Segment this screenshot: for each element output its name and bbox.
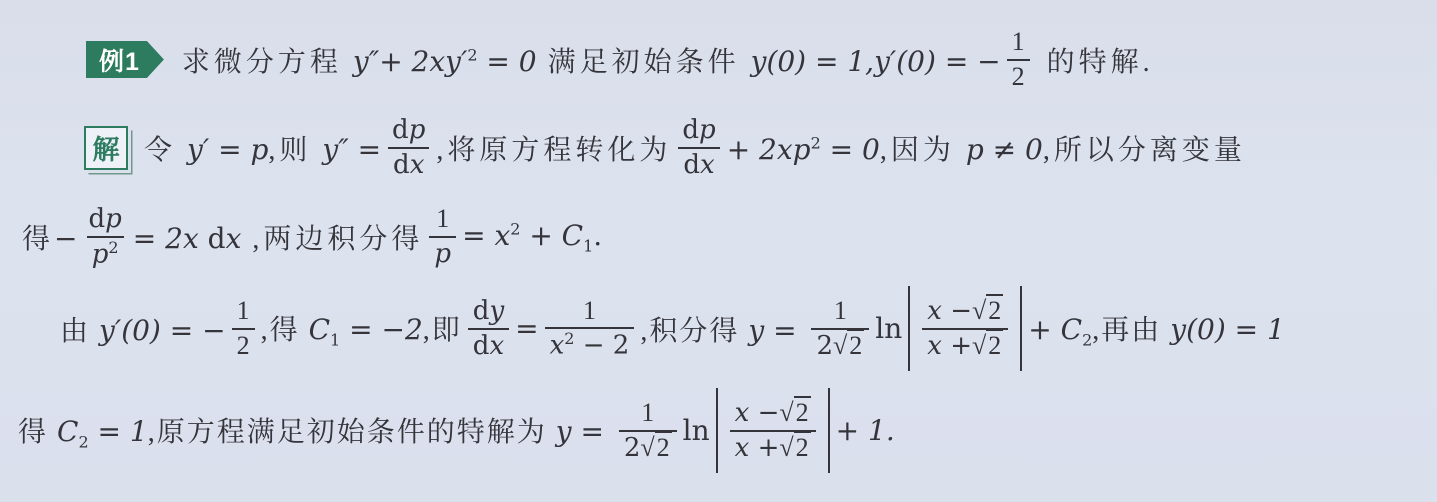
math-text: x [226,222,242,255]
superscript: 2 [108,238,118,257]
radicand: 2 [986,329,1003,360]
example-statement-line: 例1 求微分方程 y″+ 2xy′2 = 0 满足初始条件 y(0) = 1,y… [86,26,1154,93]
denominator: 2√2 [811,328,869,363]
math-text: x [735,398,750,428]
denominator: p2 [87,236,124,271]
radical-sign: √ [779,433,793,462]
text-run: 求微分方程 y″+ 2xy′2 = 0 满足初始条件 y(0) = 1,y′(0… [182,40,1001,80]
numerator: dp [677,114,720,147]
fraction: 12 [1007,26,1030,93]
cn-text: ,则 [268,135,322,166]
radicand: 2 [655,431,672,462]
text-run: ,将原方程转化为 [436,128,671,168]
fraction-1-2sqrt2: 12√2 [619,397,677,464]
text-run: 的特解. [1036,40,1154,80]
radicand: 2 [794,396,811,427]
math-text: p [699,115,716,145]
text-run: 令 y′ = p,则 y″ = [144,128,381,168]
text-run: ,积分得 y = [640,309,805,349]
superscript: 2 [467,45,477,64]
math-text: − 2 [574,331,629,361]
cn-text: 得 [18,417,57,448]
text-run: 由 y′(0) = − [60,309,226,349]
denominator: x +√2 [922,328,1008,363]
solution-badge: 解 [84,126,128,170]
fraction-dp-p2: dpp2 [83,203,126,271]
cn-text: 的特解. [1036,47,1154,78]
numerator: 1 [232,295,255,328]
sqrt-radical: √2 [972,329,1003,360]
numerator: dy [468,295,509,328]
math-text: p [409,115,426,145]
solution-line-4: 得 C2 = 1,原方程满足初始条件的特解为 y = 12√2 ln x −√2… [18,388,895,473]
subscript: 2 [1082,330,1092,349]
subscript: 1 [583,236,593,255]
math-text: d [473,331,490,361]
math-text: x [489,331,504,361]
sqrt-radical: √2 [972,294,1003,325]
denominator: 2√2 [619,430,677,465]
math-text: + 2xp [727,133,811,166]
fraction-1-2: 12 [232,295,255,362]
math-text: y″ = [322,133,381,166]
radicand: 2 [986,294,1003,325]
fraction-1-2sqrt2: 12√2 [811,295,869,362]
text-run: 得− [22,217,77,257]
text-run: 得 C2 = 1,原方程满足初始条件的特解为 y = [18,410,613,452]
text-run: ln [875,312,902,346]
math-text: C [57,415,78,448]
numerator: 1 [829,295,852,328]
math-text: = 0 [821,133,880,166]
numerator: x −√2 [922,295,1008,328]
radical-sign: √ [779,398,793,427]
math-text: p [434,239,451,269]
text-run: + 1. [836,414,895,448]
sqrt-radical: √2 [779,396,810,427]
cn-text: 由 [60,316,99,347]
radical-sign: √ [833,331,847,360]
math-text: 2 [624,433,641,463]
fraction-xsqrt2: x −√2x +√2 [922,295,1008,362]
math-text: − [942,296,972,326]
numerator: 1 [431,203,454,236]
math-text: y(0) = 1,y′(0) = − [751,45,1001,78]
math-text: y′(0) = − [99,314,226,347]
sqrt-radical: √2 [833,329,864,360]
radical-sign: √ [972,296,986,325]
sqrt-radical: √2 [779,431,810,462]
text-run: = [515,312,538,346]
superscript: 2 [811,133,821,152]
fraction-dy-dx: dydx [468,295,509,362]
text-run: + C2,再由 y(0) = 1 [1028,308,1285,350]
absolute-value-group: x −√2x +√2 [908,286,1022,371]
absolute-value-group: x −√2x +√2 [716,388,830,473]
math-text: . [593,219,602,252]
math-text: x [927,331,942,361]
math-text: = 2x [133,222,208,255]
cn-text: ,将原方程转化为 [436,135,671,166]
numerator: 1 [1007,26,1030,59]
math-text: d [392,115,409,145]
math-text: d [393,150,410,180]
math-text: = [515,312,538,345]
text-run: = 2x dx ,两边积分得 [133,217,424,257]
math-text: d [88,204,105,234]
math-text: x [550,331,565,361]
example-badge: 例1 [86,41,164,78]
math-text: p ≠ 0 [966,133,1043,166]
text-run: ln [683,414,710,448]
math-text: + C [1028,313,1082,346]
math-text: x [700,150,715,180]
solution-line-3: 由 y′(0) = − 12 ,得 C1 = −2,即 dydx = 1x2 −… [60,286,1285,371]
solution-line-2: 得− dpp2 = 2x dx ,两边积分得 1p = x2 + C1. [22,203,602,271]
cn-text: ,即 [423,315,462,346]
numerator: 1 [578,295,601,328]
cn-text: 令 [144,135,187,166]
math-text: = x [462,219,510,252]
math-text: ln [683,414,710,447]
math-text: p [105,204,122,234]
cn-text: ,因为 [880,135,966,166]
text-run: + 2xp2 = 0,因为 p ≠ 0,所以分离变量 [727,128,1246,168]
radicand: 2 [794,431,811,462]
radical-sign: √ [972,331,986,360]
cn-text: ,两边积分得 [241,224,423,255]
denominator: dx [678,147,719,182]
denominator: 2 [232,328,255,363]
math-text: d [473,296,490,326]
math-text: p [92,239,109,269]
math-text: + [749,433,779,463]
denominator: x2 − 2 [545,327,635,362]
fraction-1-p: 1p [429,203,456,270]
fraction-1-x2m2: 1x2 − 2 [545,295,635,363]
radical-sign: √ [640,433,654,462]
cn-text: 满足初始条件 [537,47,751,78]
fraction-dp-dx: dpdx [387,114,430,181]
textbook-page: 例1 求微分方程 y″+ 2xy′2 = 0 满足初始条件 y(0) = 1,y… [0,0,1437,502]
math-text: y = [748,314,805,347]
math-text: = 1 [89,415,148,448]
fraction-xsqrt2: x −√2x +√2 [730,397,816,464]
math-text: d [683,150,700,180]
subscript: 1 [330,330,340,349]
superscript: 2 [510,219,520,238]
sqrt-radical: √2 [640,431,671,462]
math-text: d [682,115,699,145]
cn-text: 得 [22,224,54,255]
numerator: x −√2 [730,397,816,430]
math-text: + C [520,219,583,252]
math-text: x [735,433,750,463]
math-text: x [927,296,942,326]
denominator: 2 [1007,59,1030,94]
math-text: − [54,222,77,255]
math-text: y″+ 2xy′ [353,45,467,78]
cn-text: ,原方程满足初始条件的特解为 [148,417,556,448]
cn-text: ,所以分离变量 [1043,135,1246,166]
denominator: dx [388,147,429,182]
solution-line-1: 解 令 y′ = p,则 y″ = dpdx ,将原方程转化为 dpdx + 2… [84,114,1246,181]
math-text: = 0 [478,45,537,78]
math-text: y(0) = 1 [1170,313,1285,346]
math-text: = −2 [340,313,423,346]
cn-text: ,积分得 [640,316,748,347]
math-text: y′ = p [187,133,268,166]
numerator: 1 [636,397,659,430]
denominator: x +√2 [730,430,816,465]
denominator: p [429,236,456,271]
fraction-dp-dx: dpdx [677,114,720,181]
math-text: y = [556,415,613,448]
math-text: + 1. [836,414,895,447]
math-text: x [410,150,425,180]
math-text: ln [875,312,902,345]
subscript: 2 [78,432,88,451]
text-run: = x2 + C1. [462,219,602,256]
cn-text: ,再由 [1092,315,1170,346]
math-text: C [309,313,330,346]
text-run: ,得 C1 = −2,即 [261,308,462,350]
math-text: 2 [816,331,833,361]
math-text: d [208,222,226,255]
math-text: y [489,296,504,326]
denominator: dx [468,328,509,363]
math-text: + [942,331,972,361]
numerator: dp [83,203,126,236]
math-text: − [749,398,779,428]
radicand: 2 [847,329,864,360]
cn-text: 求微分方程 [182,47,353,78]
superscript: 2 [564,329,574,348]
numerator: dp [387,114,430,147]
cn-text: ,得 [261,315,309,346]
